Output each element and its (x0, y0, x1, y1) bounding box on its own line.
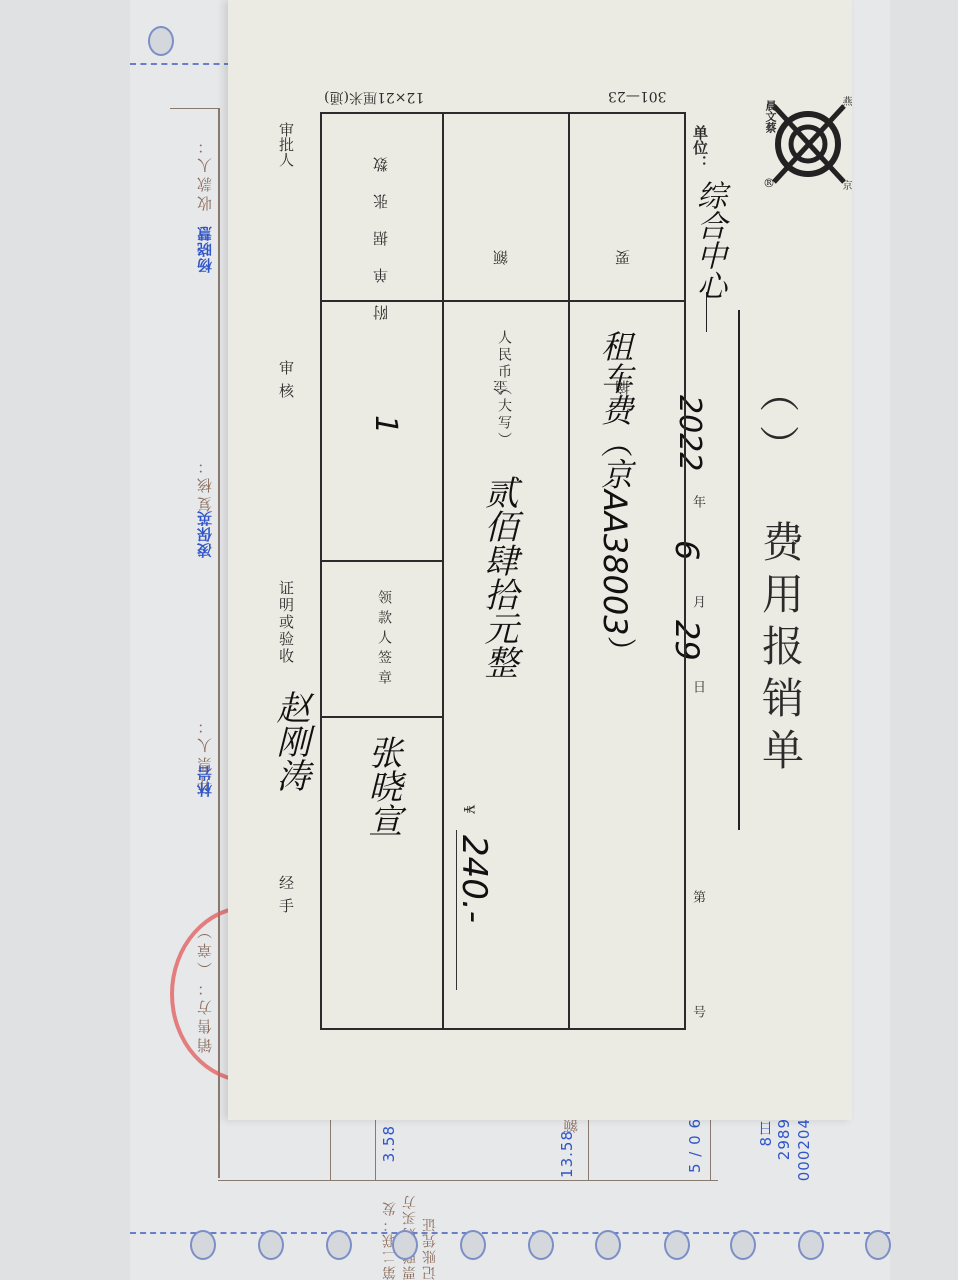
attachments-value[interactable]: 1 (368, 415, 403, 434)
paper-size: 12×21厘米(通) (324, 88, 424, 108)
reviewer-label: 复核： (194, 455, 215, 512)
unit-value[interactable]: 综合中心 (686, 180, 730, 300)
brand-top: 燕 (838, 96, 853, 106)
table-border-left (320, 112, 322, 1030)
amount-figure[interactable]: 240.- (454, 835, 494, 923)
amount-partial: 3.58 (380, 1125, 398, 1162)
month-label: 月 (688, 595, 707, 608)
invoice-grid-line (710, 1110, 711, 1180)
table-border-bottom (320, 1028, 686, 1030)
invoice-border (170, 108, 220, 109)
invoice-grid-line (330, 1120, 331, 1180)
amount-value: 13.58 (558, 1130, 576, 1178)
registered-mark: ® (762, 176, 776, 190)
invoice-grid-line (375, 1120, 376, 1180)
perforation-hole (595, 1230, 621, 1260)
verify-signature[interactable]: 赵刚涛 (266, 690, 315, 792)
summary-value[interactable]: 租车费（京AA38003） (592, 330, 638, 668)
perforation-hole (392, 1230, 418, 1260)
amount-words-prefix: 人民币（大写） (494, 330, 514, 449)
table-row-divider (320, 716, 444, 718)
attachments-label: 附单据张数 (370, 135, 391, 320)
payee-name: 杨晓慧 (194, 225, 215, 273)
misc-partial: 5 / 0 6 (686, 1118, 704, 1173)
amount-underline (456, 830, 457, 990)
month-value[interactable]: 6 (668, 540, 706, 560)
table-border-top (320, 112, 686, 114)
title-underline (738, 310, 740, 830)
invoice-grid-line (588, 1110, 589, 1180)
form-title: 费用报销单 (750, 520, 810, 780)
brand-name: 晨文蔡 (762, 100, 778, 133)
year-value[interactable]: 2022 (672, 395, 707, 471)
table-col-divider (568, 112, 570, 1030)
year-label: 年 (688, 495, 707, 508)
number-prefix: 第 (688, 890, 707, 903)
perforation-hole (798, 1230, 824, 1260)
perforation-hole (730, 1230, 756, 1260)
perforation-hole (326, 1230, 352, 1260)
perforation-hole (190, 1230, 216, 1260)
day-value[interactable]: 29 (668, 620, 706, 661)
perforation-hole (528, 1230, 554, 1260)
code-partial: 2989 (775, 1118, 793, 1160)
table-border-right (684, 112, 686, 1030)
invoice-grid-line (218, 1180, 718, 1181)
perforation-hole (148, 26, 174, 56)
brand-city: 京 (838, 180, 853, 190)
payee-sign-label: 领款人签章 (374, 590, 394, 690)
title-paren: （ ） (748, 372, 805, 465)
number-suffix: 号 (688, 1005, 707, 1018)
date-partial: 8日 (755, 1120, 776, 1147)
approver-label: 审批人 (276, 122, 297, 167)
amount-words[interactable]: 贰佰肆拾元整 (474, 475, 523, 679)
amount-currency-symbol: ¥ (460, 805, 476, 814)
expense-reimbursement-form: 晨文蔡 燕 ® 京 301—23 12×21厘米(通) 单位： 综合中心 （ ）… (228, 0, 852, 1120)
verify-label: 证明或验收 (276, 580, 297, 665)
brand-logo-icon (768, 92, 856, 190)
table-col-divider (442, 112, 444, 1030)
form-code: 301—23 (608, 88, 667, 104)
auditor-label: 审核 (276, 360, 297, 406)
issuer-name: 林岩 (194, 765, 215, 797)
perforation-line (130, 63, 230, 65)
unit-underline (706, 292, 707, 332)
invoice-number-partial: 000204 (795, 1118, 813, 1181)
perforation-hole (258, 1230, 284, 1260)
perforation-hole (865, 1230, 891, 1260)
perforation-hole (460, 1230, 486, 1260)
reviewer-name: 凌保英 (194, 510, 215, 558)
payee-signature[interactable]: 张晓宣 (358, 735, 407, 837)
payee-label: 收款人： (194, 135, 215, 211)
unit-label: 单位： (690, 125, 711, 170)
table-row-divider (320, 560, 444, 562)
perforation-hole (664, 1230, 690, 1260)
tractor-holes-bottom (130, 1210, 890, 1280)
day-label: 日 (688, 680, 707, 693)
handler-label: 经手 (276, 875, 297, 921)
